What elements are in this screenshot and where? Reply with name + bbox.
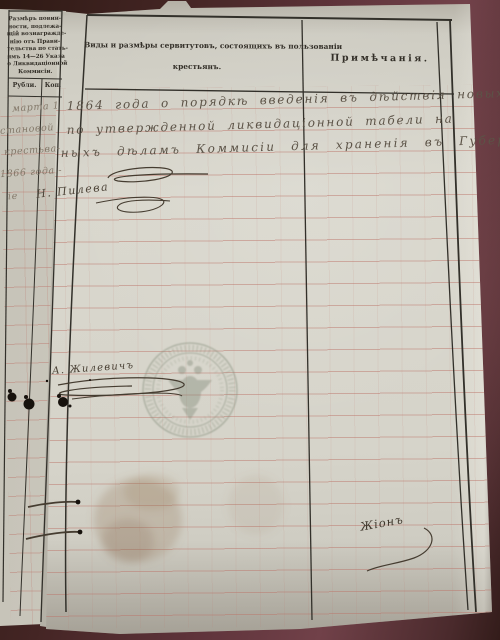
stain: [94, 474, 284, 563]
flourish-under-text: [108, 167, 208, 181]
bottom-signature-flourish: [367, 528, 432, 571]
left-strip-header-line: о Ликвидаціонной: [7, 61, 63, 69]
notes-column-divider: [302, 20, 312, 620]
table-border-top: [87, 15, 452, 20]
margin-note: іе: [8, 191, 19, 203]
left-signature-flourish: [96, 197, 170, 212]
kopecks-column-header: Коп.: [43, 82, 63, 89]
left-strip-column-header: Размѣръ повин- ности, подлежа- щій возна…: [7, 16, 64, 77]
document-photo: Виды и размѣры сервитутовъ, состоящихъ в…: [0, 0, 500, 640]
left-strip-header-line: Размѣръ повин-: [7, 16, 63, 24]
rubles-column-header: Рубли.: [8, 82, 41, 89]
left-strip-line-a: [3, 10, 9, 602]
official-stamp: [143, 343, 237, 437]
left-strip-header-line: щій вознагражде-: [7, 31, 63, 39]
table-header-notes: Примѣчанія.: [312, 52, 448, 64]
left-strip-header-line: Коммисіи.: [7, 69, 63, 77]
pen-tick-mark: [28, 502, 78, 507]
table-header-servitudes-line1: Виды и размѣры сервитутовъ, состоящихъ в…: [84, 40, 310, 51]
pen-tick-mark: [26, 532, 80, 539]
double-headed-eagle-emblem: [168, 360, 212, 420]
table-header-servitudes-line2: крестьянъ.: [84, 61, 310, 72]
